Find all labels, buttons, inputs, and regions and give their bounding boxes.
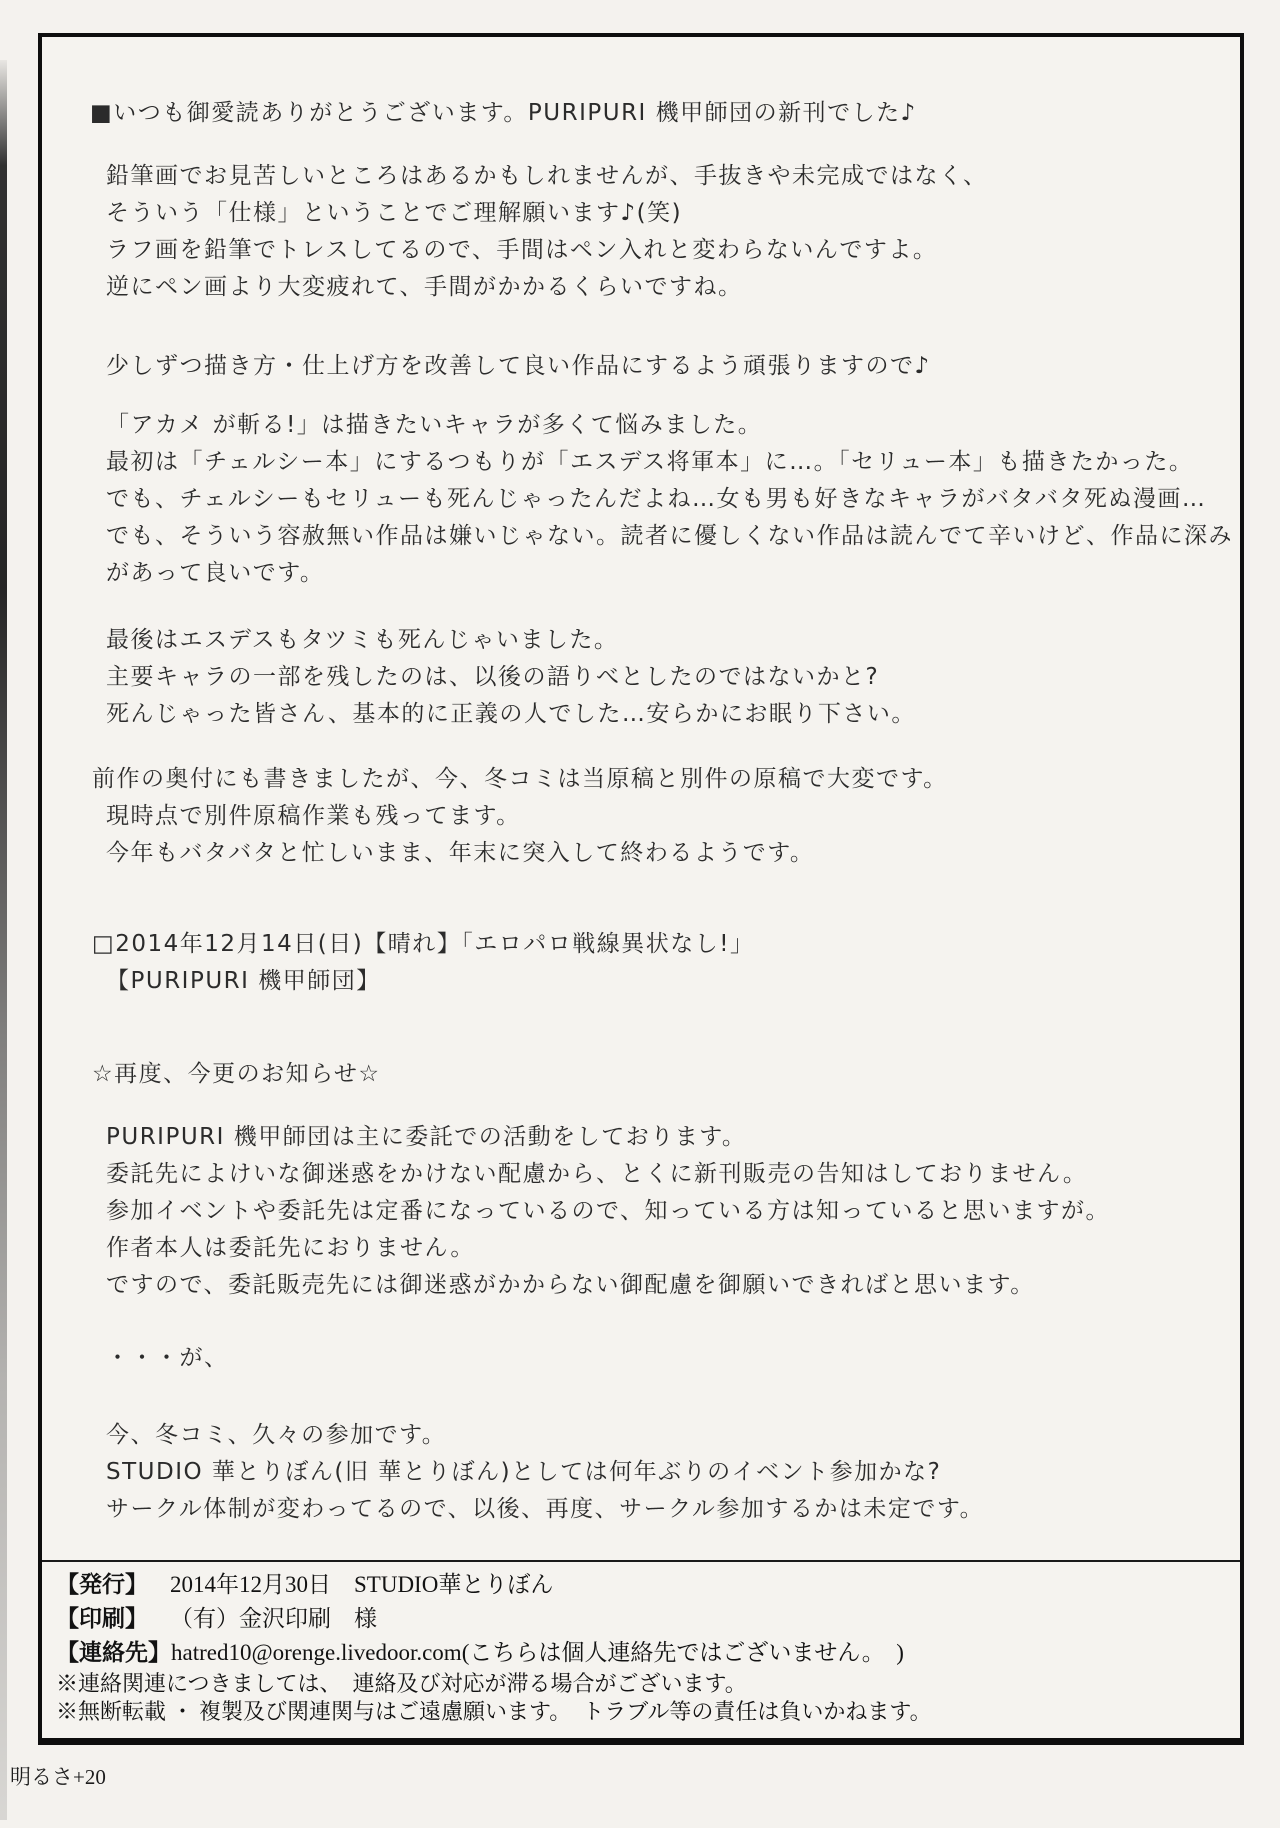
colophon-row-contact: 【連絡先】hatred10@orenge.livedoor.com(こちらは個人… bbox=[56, 1636, 1230, 1670]
afterword-page: ■いつも御愛読ありがとうございます。PURIPURI 機甲師団の新刊でした♪ 鉛… bbox=[38, 33, 1244, 1745]
text-line: ラフ画を鉛筆でトレスしてるので、手間はペン入れと変わらないんですよ。 bbox=[106, 232, 1202, 269]
paragraph-improvement: 少しずつ描き方・仕上げ方を改善して良い作品にするよう頑張りますので♪ bbox=[106, 348, 1202, 385]
colophon-value: 2014年12月30日 STUDIO華とりぼん bbox=[170, 1572, 553, 1597]
paragraph-pencil-style: 鉛筆画でお見苦しいところはあるかもしれませんが、手抜きや未完成ではなく、 そうい… bbox=[106, 158, 1202, 306]
text-line: でも、そういう容赦無い作品は嫌いじゃない。読者に優しくない作品は読んでて辛いけど… bbox=[106, 518, 1202, 555]
text-line: 鉛筆画でお見苦しいところはあるかもしれませんが、手抜きや未完成ではなく、 bbox=[106, 158, 1202, 195]
paragraph-akame: 「アカメ が斬る!」は描きたいキャラが多くて悩みました。 最初は「チェルシー本」… bbox=[106, 407, 1202, 592]
text-line: 作者本人は委託先におりません。 bbox=[106, 1230, 1202, 1267]
text-line: STUDIO 華とりぼん(旧 華とりぼん)としては何年ぶりのイベント参加かな? bbox=[106, 1454, 1202, 1491]
paragraph-event: 今、冬コミ、久々の参加です。 STUDIO 華とりぼん(旧 華とりぼん)としては… bbox=[106, 1417, 1202, 1528]
text-line: ですので、委託販売先には御迷惑がかからない御配慮を御願いできればと思います。 bbox=[106, 1267, 1202, 1304]
colophon-label: 【印刷】 bbox=[56, 1602, 170, 1636]
text-line: 前作の奥付にも書きましたが、今、冬コミは当原稿と別件の原稿で大変です。 bbox=[92, 761, 1202, 798]
text-line: 参加イベントや委託先は定番になっているので、知っている方は知っていると思いますが… bbox=[106, 1193, 1202, 1230]
paragraph-ending: 最後はエスデスもタツミも死んじゃいました。 主要キャラの一部を残したのは、以後の… bbox=[106, 622, 1202, 733]
intro-line: ■いつも御愛読ありがとうございます。PURIPURI 機甲師団の新刊でした♪ bbox=[90, 95, 1202, 132]
paragraph-however: ・・・が、 bbox=[106, 1340, 1202, 1377]
scan-edge-artifact bbox=[0, 60, 7, 1820]
text-line: 主要キャラの一部を残したのは、以後の語りべとしたのではないかと? bbox=[106, 659, 1202, 696]
notice-heading-block: ☆再度、今更のお知らせ☆ bbox=[106, 1056, 1202, 1093]
paragraph-consignment: PURIPURI 機甲師団は主に委託での活動をしております。 委託先によけいな御… bbox=[106, 1119, 1202, 1304]
notice-heading: ☆再度、今更のお知らせ☆ bbox=[92, 1056, 1202, 1093]
text-line: PURIPURI 機甲師団は主に委託での活動をしております。 bbox=[106, 1119, 1202, 1156]
text-line: があって良いです。 bbox=[106, 555, 1202, 592]
colophon: 【発行】2014年12月30日 STUDIO華とりぼん 【印刷】（有）金沢印刷 … bbox=[42, 1560, 1240, 1738]
colophon-note: ※無断転載 ・ 複製及び関連関与はご遠慮願います。 トラブル等の責任は負いかねま… bbox=[56, 1698, 1230, 1726]
circle-name-line: 【PURIPURI 機甲師団】 bbox=[106, 963, 1202, 1000]
text-line: 少しずつ描き方・仕上げ方を改善して良い作品にするよう頑張りますので♪ bbox=[106, 348, 1202, 385]
text-line: でも、チェルシーもセリューも死んじゃったんだよね…女も男も好きなキャラがバタバタ… bbox=[106, 481, 1202, 518]
text-line: 現時点で別件原稿作業も残ってます。 bbox=[106, 798, 1202, 835]
colophon-row-publisher: 【発行】2014年12月30日 STUDIO華とりぼん bbox=[56, 1568, 1230, 1602]
date-block: □2014年12月14日(日)【晴れ】「エロパロ戦線異状なし!」 【PURIPU… bbox=[106, 926, 1202, 1000]
text-line: そういう「仕様」ということでご理解願います♪(笑) bbox=[106, 195, 1202, 232]
text-line: 最後はエスデスもタツミも死んじゃいました。 bbox=[106, 622, 1202, 659]
text-line: 逆にペン画より大変疲れて、手間がかかるくらいですね。 bbox=[106, 269, 1202, 306]
colophon-label: 【発行】 bbox=[56, 1568, 170, 1602]
text-line: サークル体制が変わってるので、以後、再度、サークル参加するかは未定です。 bbox=[106, 1491, 1202, 1528]
text-line: ・・・が、 bbox=[106, 1340, 1202, 1377]
text-line: 委託先によけいな御迷惑をかけない配慮から、とくに新刊販売の告知はしておりません。 bbox=[106, 1156, 1202, 1193]
colophon-value: （有）金沢印刷 様 bbox=[170, 1606, 377, 1631]
scanner-brightness-note: 明るさ+20 bbox=[10, 1761, 1280, 1791]
date-line: □2014年12月14日(日)【晴れ】「エロパロ戦線異状なし!」 bbox=[92, 926, 1202, 963]
text-line: 死んじゃった皆さん、基本的に正義の人でした…安らかにお眠り下さい。 bbox=[106, 696, 1202, 733]
text-line: 「アカメ が斬る!」は描きたいキャラが多くて悩みました。 bbox=[106, 407, 1202, 444]
text-line: 今年もバタバタと忙しいまま、年末に突入して終わるようです。 bbox=[106, 835, 1202, 872]
text-line: 最初は「チェルシー本」にするつもりが「エスデス将軍本」に…。「セリュー本」も描き… bbox=[106, 444, 1202, 481]
text-line: 今、冬コミ、久々の参加です。 bbox=[106, 1417, 1202, 1454]
paragraph-busy: 前作の奥付にも書きましたが、今、冬コミは当原稿と別件の原稿で大変です。 現時点で… bbox=[106, 761, 1202, 872]
colophon-row-printer: 【印刷】（有）金沢印刷 様 bbox=[56, 1602, 1230, 1636]
colophon-label: 【連絡先】 bbox=[56, 1636, 171, 1670]
colophon-note: ※連絡関連につきましては、 連絡及び対応が滞る場合がございます。 bbox=[56, 1670, 1230, 1698]
colophon-contact-email: hatred10@orenge.livedoor.com(こちらは個人連絡先では… bbox=[171, 1640, 904, 1665]
